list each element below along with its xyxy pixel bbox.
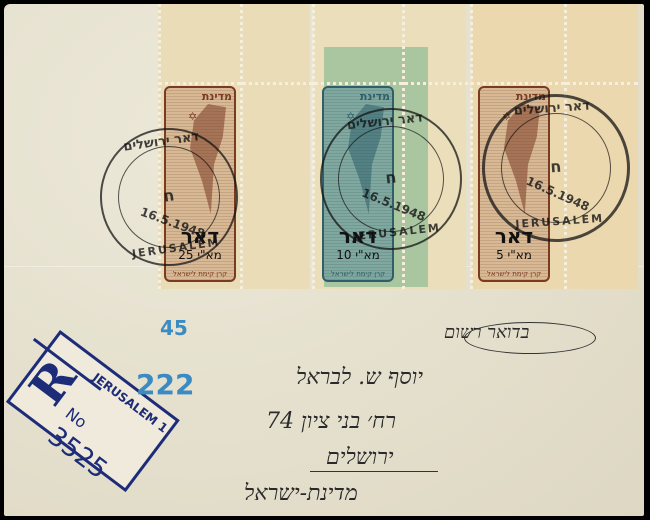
stamp-value: מא"י 5 [484,248,544,262]
note-circle [464,322,596,354]
address-line-3: ירושלים [326,444,394,470]
address-line-1: יוסף ש. לבראל [296,364,423,390]
stamp-title: מדינת [168,90,232,103]
perforation [312,4,315,289]
underline [310,471,438,472]
perforation [240,4,243,289]
star-of-david-icon: ✡ [188,110,197,123]
crayon-mark-upper: 45 [160,316,188,340]
stamp-footer: קרן קימת לישראל [326,270,390,278]
stamp-title: מדינת [326,90,390,103]
perforation [470,4,473,289]
envelope-cover: ✡ מדינת דאר מא"י 25 קרן קימת לישראל ✡ מד… [4,4,644,516]
stamp-footer: קרן קימת לישראל [168,270,232,278]
address-line-2: רח׳ בני ציון 74 [266,408,396,434]
perforation [158,82,638,85]
crayon-mark-lower: 222 [136,368,194,401]
stamp-footer: קרן קימת לישראל [482,270,546,278]
stamp-value: מא"י 10 [328,248,388,262]
registration-label: R JERUSALEM 1 No 3525 [6,330,180,492]
address-line-4: מדינת-ישראל [244,480,358,506]
